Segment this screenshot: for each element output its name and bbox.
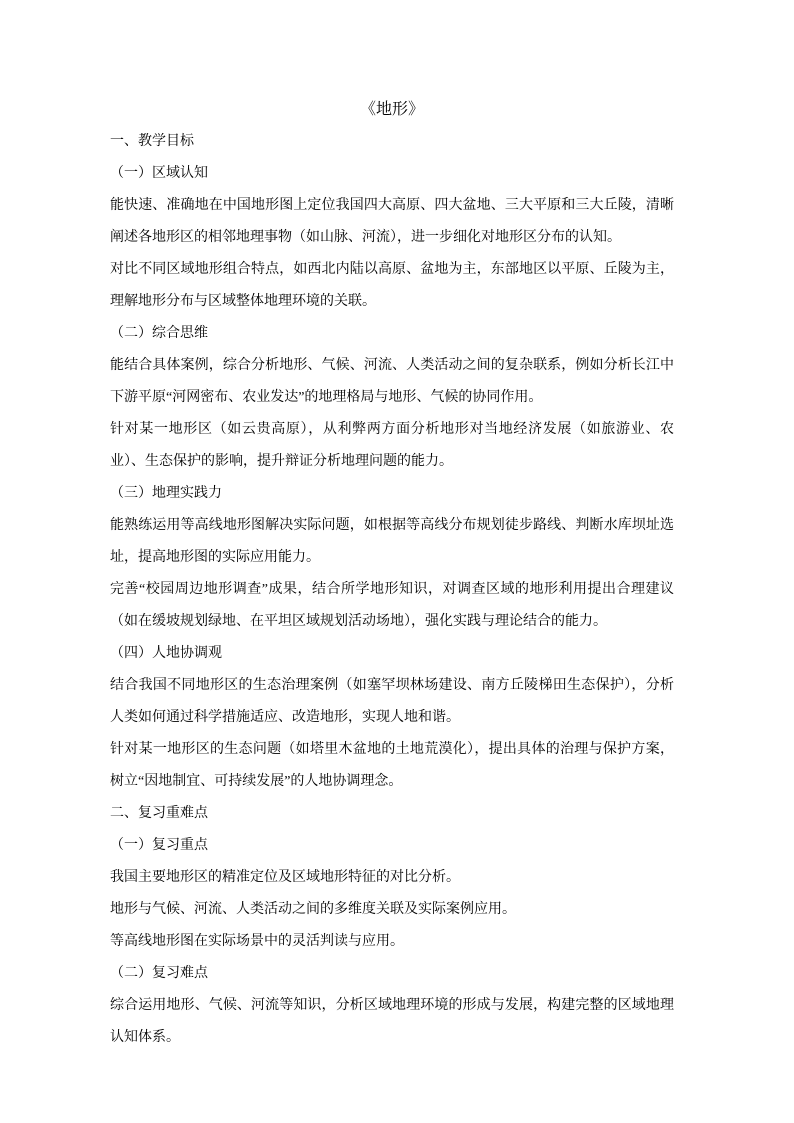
document-page: 《地形》 一、教学目标 （一）区域认知 能快速、准确地在中国地形图上定位我国四大… (0, 0, 794, 1123)
paragraph: 我国主要地形区的精准定位及区域地形特征的对比分析。 (110, 862, 674, 894)
paragraph: 完善“校园周边地形调查”成果，结合所学地形知识，对调查区域的地形利用提出合理建议… (110, 574, 674, 638)
subsection-heading-review-difficulties: （二）复习难点 (110, 958, 674, 990)
paragraph: 结合我国不同地形区的生态治理案例（如塞罕坝林场建设、南方丘陵梯田生态保护），分析… (110, 670, 674, 734)
paragraph: 针对某一地形区（如云贵高原），从利弊两方面分析地形对当地经济发展（如旅游业、农业… (110, 414, 674, 478)
paragraph: 等高线地形图在实际场景中的灵活判读与应用。 (110, 926, 674, 958)
subsection-heading-human-land-coordination: （四）人地协调观 (110, 638, 674, 670)
paragraph: 针对某一地形区的生态问题（如塔里木盆地的土地荒漠化），提出具体的治理与保护方案，… (110, 734, 674, 798)
paragraph: 对比不同区域地形组合特点，如西北内陆以高原、盆地为主，东部地区以平原、丘陵为主，… (110, 254, 674, 318)
subsection-heading-comprehensive-thinking: （二）综合思维 (110, 318, 674, 350)
subsection-heading-review-focus: （一）复习重点 (110, 830, 674, 862)
paragraph: 能熟练运用等高线地形图解决实际问题，如根据等高线分布规划徒步路线、判断水库坝址选… (110, 510, 674, 574)
section-heading-teaching-objectives: 一、教学目标 (110, 126, 674, 158)
paragraph: 能快速、准确地在中国地形图上定位我国四大高原、四大盆地、三大平原和三大丘陵，清晰… (110, 190, 674, 254)
subsection-heading-geographic-practice: （三）地理实践力 (110, 478, 674, 510)
subsection-heading-regional-cognition: （一）区域认知 (110, 158, 674, 190)
paragraph: 地形与气候、河流、人类活动之间的多维度关联及实际案例应用。 (110, 894, 674, 926)
section-heading-review-key-points: 二、复习重难点 (110, 798, 674, 830)
paragraph: 能结合具体案例，综合分析地形、气候、河流、人类活动之间的复杂联系，例如分析长江中… (110, 350, 674, 414)
paragraph: 综合运用地形、气候、河流等知识，分析区域地理环境的形成与发展，构建完整的区域地理… (110, 990, 674, 1054)
document-title: 《地形》 (110, 94, 674, 126)
